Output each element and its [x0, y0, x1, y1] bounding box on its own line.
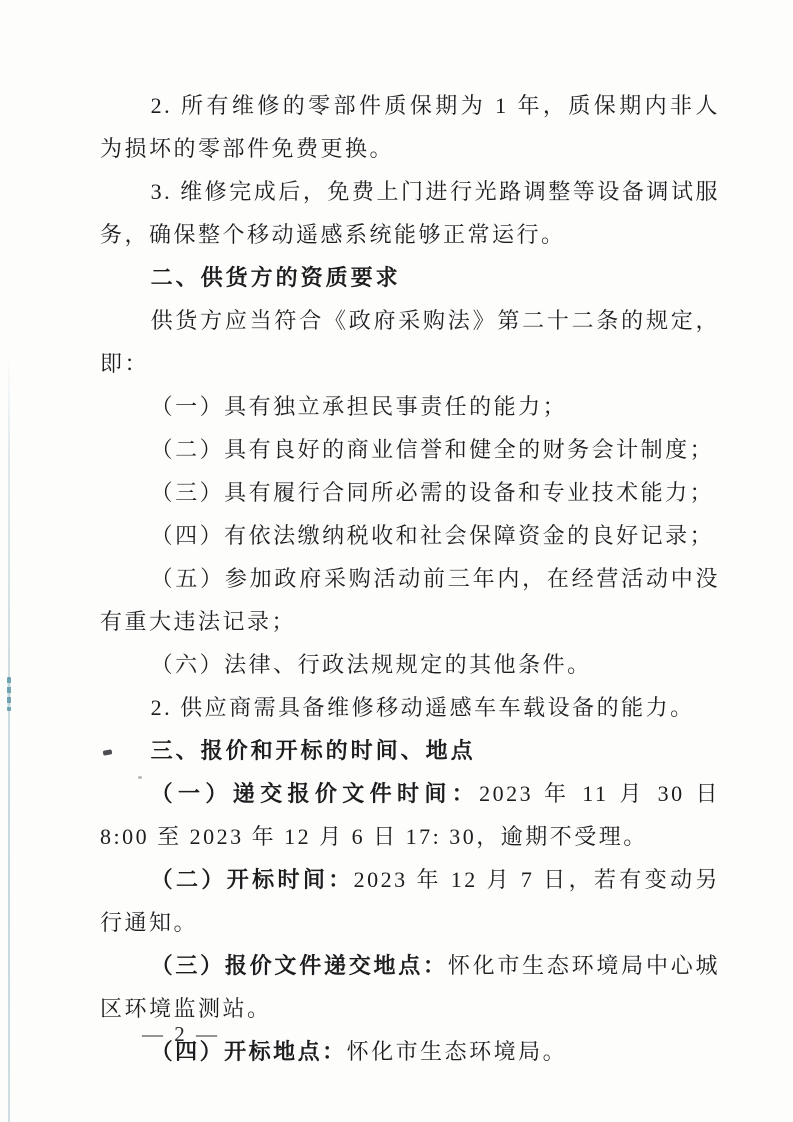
bidding-item-1: （一）递交报价文件时间：2023 年 11 月 30 日 8:00 至 2023…: [100, 772, 720, 858]
bidding-item-4-text: 怀化市生态环境局。: [347, 1039, 568, 1064]
qualification-item-1-text: （一）具有独立承担民事责任的能力；: [151, 394, 568, 419]
warranty-item-2: 2. 所有维修的零部件质保期为 1 年，质保期内非人为损坏的零部件免费更换。: [100, 84, 720, 170]
bidding-item-3: （三）报价文件递交地点：怀化市生态环境局中心城区环境监测站。: [100, 944, 720, 1030]
qualification-item-3: （三）具有履行合同所必需的设备和专业技术能力；: [100, 471, 720, 514]
bidding-item-2-label: （二）开标时间：: [151, 867, 354, 892]
qualification-item-3-text: （三）具有履行合同所必需的设备和专业技术能力；: [151, 480, 715, 505]
section-heading-bidding: 三、报价和开标的时间、地点: [100, 729, 720, 772]
scan-artifact-vertical-line: [8, 355, 10, 1122]
qualification-item-5: （五）参加政府采购活动前三年内，在经营活动中没有重大违法记录；: [100, 557, 720, 643]
bidding-item-1-label: （一）递交报价文件时间：: [151, 781, 480, 806]
warranty-item-3-text: 3. 维修完成后，免费上门进行光路调整等设备调试服务，确保整个移动遥感系统能够正…: [100, 179, 720, 247]
qualification-item-6: （六）法律、行政法规规定的其他条件。: [100, 643, 720, 686]
qualification-item-5-text: （五）参加政府采购活动前三年内，在经营活动中没有重大违法记录；: [100, 566, 720, 634]
qualifications-item2-capability-text: 2. 供应商需具备维修移动遥感车车载设备的能力。: [151, 695, 695, 720]
qualifications-intro-text: 供货方应当符合《政府采购法》第二十二条的规定，即：: [100, 308, 720, 376]
bidding-item-2: （二）开标时间：2023 年 12 月 7 日，若有变动另行通知。: [100, 858, 720, 944]
document-body: 2. 所有维修的零部件质保期为 1 年，质保期内非人为损坏的零部件免费更换。 3…: [100, 84, 720, 1073]
page-number: — 2 —: [142, 1022, 220, 1047]
qualification-item-6-text: （六）法律、行政法规规定的其他条件。: [151, 652, 592, 677]
document-page: 2. 所有维修的零部件质保期为 1 年，质保期内非人为损坏的零部件免费更换。 3…: [0, 0, 793, 1122]
qualification-item-2: （二）具有良好的商业信誉和健全的财务会计制度；: [100, 428, 720, 471]
qualification-item-1: （一）具有独立承担民事责任的能力；: [100, 385, 720, 428]
qualifications-item2-capability: 2. 供应商需具备维修移动遥感车车载设备的能力。: [100, 686, 720, 729]
bidding-item-3-label: （三）报价文件递交地点：: [151, 953, 448, 978]
qualification-item-4-text: （四）有依法缴纳税收和社会保障资金的良好记录；: [151, 523, 715, 548]
qualifications-intro: 供货方应当符合《政府采购法》第二十二条的规定，即：: [100, 299, 720, 385]
scan-artifact-dashes: [7, 677, 11, 711]
qualification-item-2-text: （二）具有良好的商业信誉和健全的财务会计制度；: [151, 437, 715, 462]
section-heading-qualifications: 二、供货方的资质要求: [100, 256, 720, 299]
warranty-item-2-text: 2. 所有维修的零部件质保期为 1 年，质保期内非人为损坏的零部件免费更换。: [100, 93, 720, 161]
warranty-item-3: 3. 维修完成后，免费上门进行光路调整等设备调试服务，确保整个移动遥感系统能够正…: [100, 170, 720, 256]
qualification-item-4: （四）有依法缴纳税收和社会保障资金的良好记录；: [100, 514, 720, 557]
